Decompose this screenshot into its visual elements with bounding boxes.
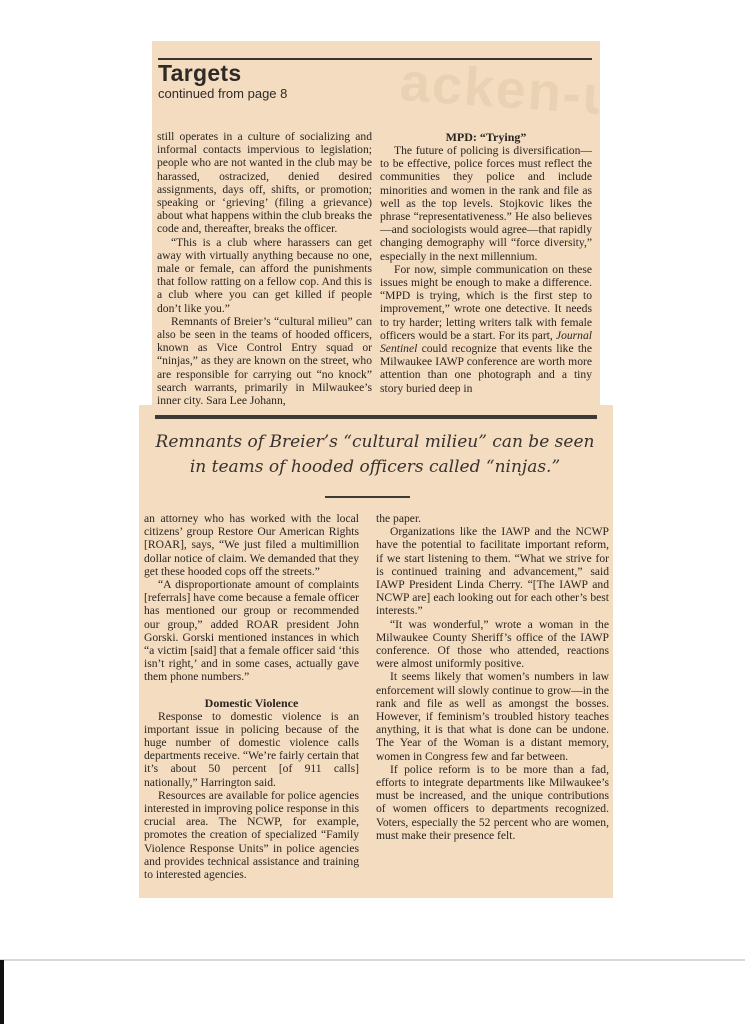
continued-from-label: continued from page 8 [158, 86, 287, 101]
article-headline: Targets [158, 60, 241, 87]
scanner-edge-line [0, 959, 745, 961]
pullquote-bottom-rule [325, 496, 410, 498]
paragraph: “It was wonderful,” wrote a woman in the… [376, 618, 609, 671]
section-heading-domestic-violence: Domestic Violence [144, 696, 359, 710]
paragraph: Resources are available for police agenc… [144, 789, 359, 881]
scanner-edge-shadow [0, 960, 4, 1024]
paragraph: “This is a club where harassers can get … [157, 236, 372, 315]
paragraph: Organizations like the IAWP and the NCWP… [376, 525, 609, 617]
column-4: the paper. Organizations like the IAWP a… [376, 512, 609, 842]
pull-quote: Remnants of Breier’s “cultural milieu” c… [150, 430, 600, 480]
paragraph: Remnants of Breier’s “cultural milieu” c… [157, 315, 372, 407]
column-2: MPD: “Trying” The future of policing is … [380, 130, 592, 395]
paragraph: The future of policing is diversificatio… [380, 144, 592, 263]
section-heading-mpd-trying: MPD: “Trying” [380, 130, 592, 144]
paragraph: “A disproportionate amount of complaints… [144, 578, 359, 684]
paragraph: For now, simple communication on these i… [380, 263, 592, 395]
paragraph: the paper. [376, 512, 609, 525]
column-1: still operates in a culture of socializi… [157, 130, 372, 407]
paragraph: still operates in a culture of socializi… [157, 130, 372, 236]
paragraph: It seems likely that women’s numbers in … [376, 670, 609, 762]
pullquote-top-rule [155, 415, 597, 419]
paragraph: If police reform is to be more than a fa… [376, 763, 609, 842]
paragraph: Response to domestic violence is an impo… [144, 710, 359, 789]
column-3: an attorney who has worked with the loca… [144, 512, 359, 881]
paragraph: an attorney who has worked with the loca… [144, 512, 359, 578]
